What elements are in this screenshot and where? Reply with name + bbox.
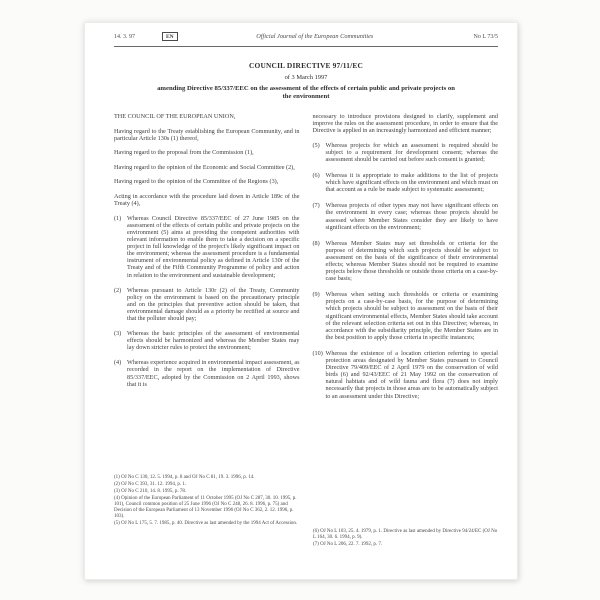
recital-number: (10) bbox=[313, 350, 326, 400]
header-rule bbox=[114, 46, 498, 47]
scanned-document-page: 14. 3. 97 EN Official Journal of the Eur… bbox=[84, 22, 518, 580]
screenshot-canvas: 14. 3. 97 EN Official Journal of the Eur… bbox=[0, 0, 600, 600]
recital-1: (1) Whereas Council Directive 85/337/EEC… bbox=[114, 215, 300, 279]
recital-number: (9) bbox=[313, 291, 326, 341]
recital-7: (7) Whereas projects of other types may … bbox=[313, 202, 499, 230]
directive-date: of 3 March 1997 bbox=[114, 74, 498, 81]
body-columns: THE COUNCIL OF THE EUROPEAN UNION, Havin… bbox=[114, 113, 498, 409]
title-block: COUNCIL DIRECTIVE 97/11/EC of 3 March 19… bbox=[114, 61, 498, 100]
language-code-box: EN bbox=[162, 32, 178, 41]
footnote: (6) OJ No L 103, 25. 4. 1979, p. 1. Dire… bbox=[313, 529, 498, 541]
recital-5: (5) Whereas projects for which an assess… bbox=[313, 142, 499, 163]
recital-text: Whereas projects of other types may not … bbox=[326, 202, 499, 230]
recital-number: (5) bbox=[313, 142, 326, 163]
recital-number: (7) bbox=[313, 202, 326, 230]
preamble-citation: Acting in accordance with the procedure … bbox=[114, 193, 300, 207]
footnote: (2) OJ No C 393, 31. 12. 1994, p. 1. bbox=[114, 482, 300, 488]
recital-number: (1) bbox=[114, 215, 127, 279]
footnote: (5) OJ No L 175, 5. 7. 1985, p. 40. Dire… bbox=[114, 521, 300, 527]
recital-text: Whereas the existence of a location crit… bbox=[326, 350, 499, 400]
header-page-ref: No L 73/5 bbox=[446, 34, 498, 40]
footnote: (4) Opinion of the European Parliament o… bbox=[114, 496, 300, 520]
recital-number: (6) bbox=[313, 172, 326, 193]
footnotes-left-column: (1) OJ No C 130, 12. 5. 1994, p. 8 and O… bbox=[114, 475, 300, 528]
directive-title: COUNCIL DIRECTIVE 97/11/EC bbox=[114, 61, 498, 70]
preamble-citation: Having regard to the opinion of the Comm… bbox=[114, 178, 300, 185]
recital-text: Whereas experience acquired in environme… bbox=[127, 359, 300, 387]
preamble-enacting-body: THE COUNCIL OF THE EUROPEAN UNION, bbox=[114, 113, 300, 120]
recital-text: Whereas Council Directive 85/337/EEC of … bbox=[127, 215, 300, 279]
recital-10: (10) Whereas the existence of a location… bbox=[313, 350, 499, 400]
recital-text: Whereas it is appropriate to make additi… bbox=[326, 172, 499, 193]
journal-title: Official Journal of the European Communi… bbox=[184, 33, 446, 40]
preamble-citation: Having regard to the proposal from the C… bbox=[114, 149, 300, 156]
recital-4-continuation: necessary to introduce provisions design… bbox=[313, 113, 499, 134]
header-date: 14. 3. 97 bbox=[114, 34, 162, 40]
left-column: THE COUNCIL OF THE EUROPEAN UNION, Havin… bbox=[114, 113, 300, 409]
recital-8: (8) Whereas Member States may set thresh… bbox=[313, 240, 499, 283]
footnote: (3) OJ No C 210, 14. 8. 1995, p. 78. bbox=[114, 489, 300, 495]
recital-4: (4) Whereas experience acquired in envir… bbox=[114, 359, 300, 387]
footnotes-right-column: (6) OJ No L 103, 25. 4. 1979, p. 1. Dire… bbox=[313, 529, 498, 549]
directive-subject: amending Directive 85/337/EEC on the ass… bbox=[156, 85, 456, 100]
recital-2: (2) Whereas pursuant to Article 130r (2)… bbox=[114, 287, 300, 322]
recital-text: Whereas pursuant to Article 130r (2) of … bbox=[127, 287, 300, 322]
footnote: (1) OJ No C 130, 12. 5. 1994, p. 8 and O… bbox=[114, 475, 300, 481]
recital-text: Whereas Member States may set thresholds… bbox=[326, 240, 499, 283]
recital-number: (4) bbox=[114, 359, 127, 387]
recital-3: (3) Whereas the basic principles of the … bbox=[114, 330, 300, 351]
recital-9: (9) Whereas when setting such thresholds… bbox=[313, 291, 499, 341]
recital-6: (6) Whereas it is appropriate to make ad… bbox=[313, 172, 499, 193]
recital-number: (8) bbox=[313, 240, 326, 283]
preamble-citation: Having regard to the opinion of the Econ… bbox=[114, 164, 300, 171]
recital-text: Whereas the basic principles of the asse… bbox=[127, 330, 300, 351]
journal-header: 14. 3. 97 EN Official Journal of the Eur… bbox=[114, 32, 498, 41]
page-content: 14. 3. 97 EN Official Journal of the Eur… bbox=[114, 23, 498, 579]
footnote: (7) OJ No L 206, 22. 7. 1992, p. 7. bbox=[313, 542, 498, 548]
right-column: necessary to introduce provisions design… bbox=[313, 113, 499, 409]
recital-text: Whereas when setting such thresholds or … bbox=[326, 291, 499, 341]
preamble-citation: Having regard to the Treaty establishing… bbox=[114, 128, 300, 142]
recital-text: Whereas projects for which an assessment… bbox=[326, 142, 499, 163]
recital-number: (3) bbox=[114, 330, 127, 351]
recital-number: (2) bbox=[114, 287, 127, 322]
